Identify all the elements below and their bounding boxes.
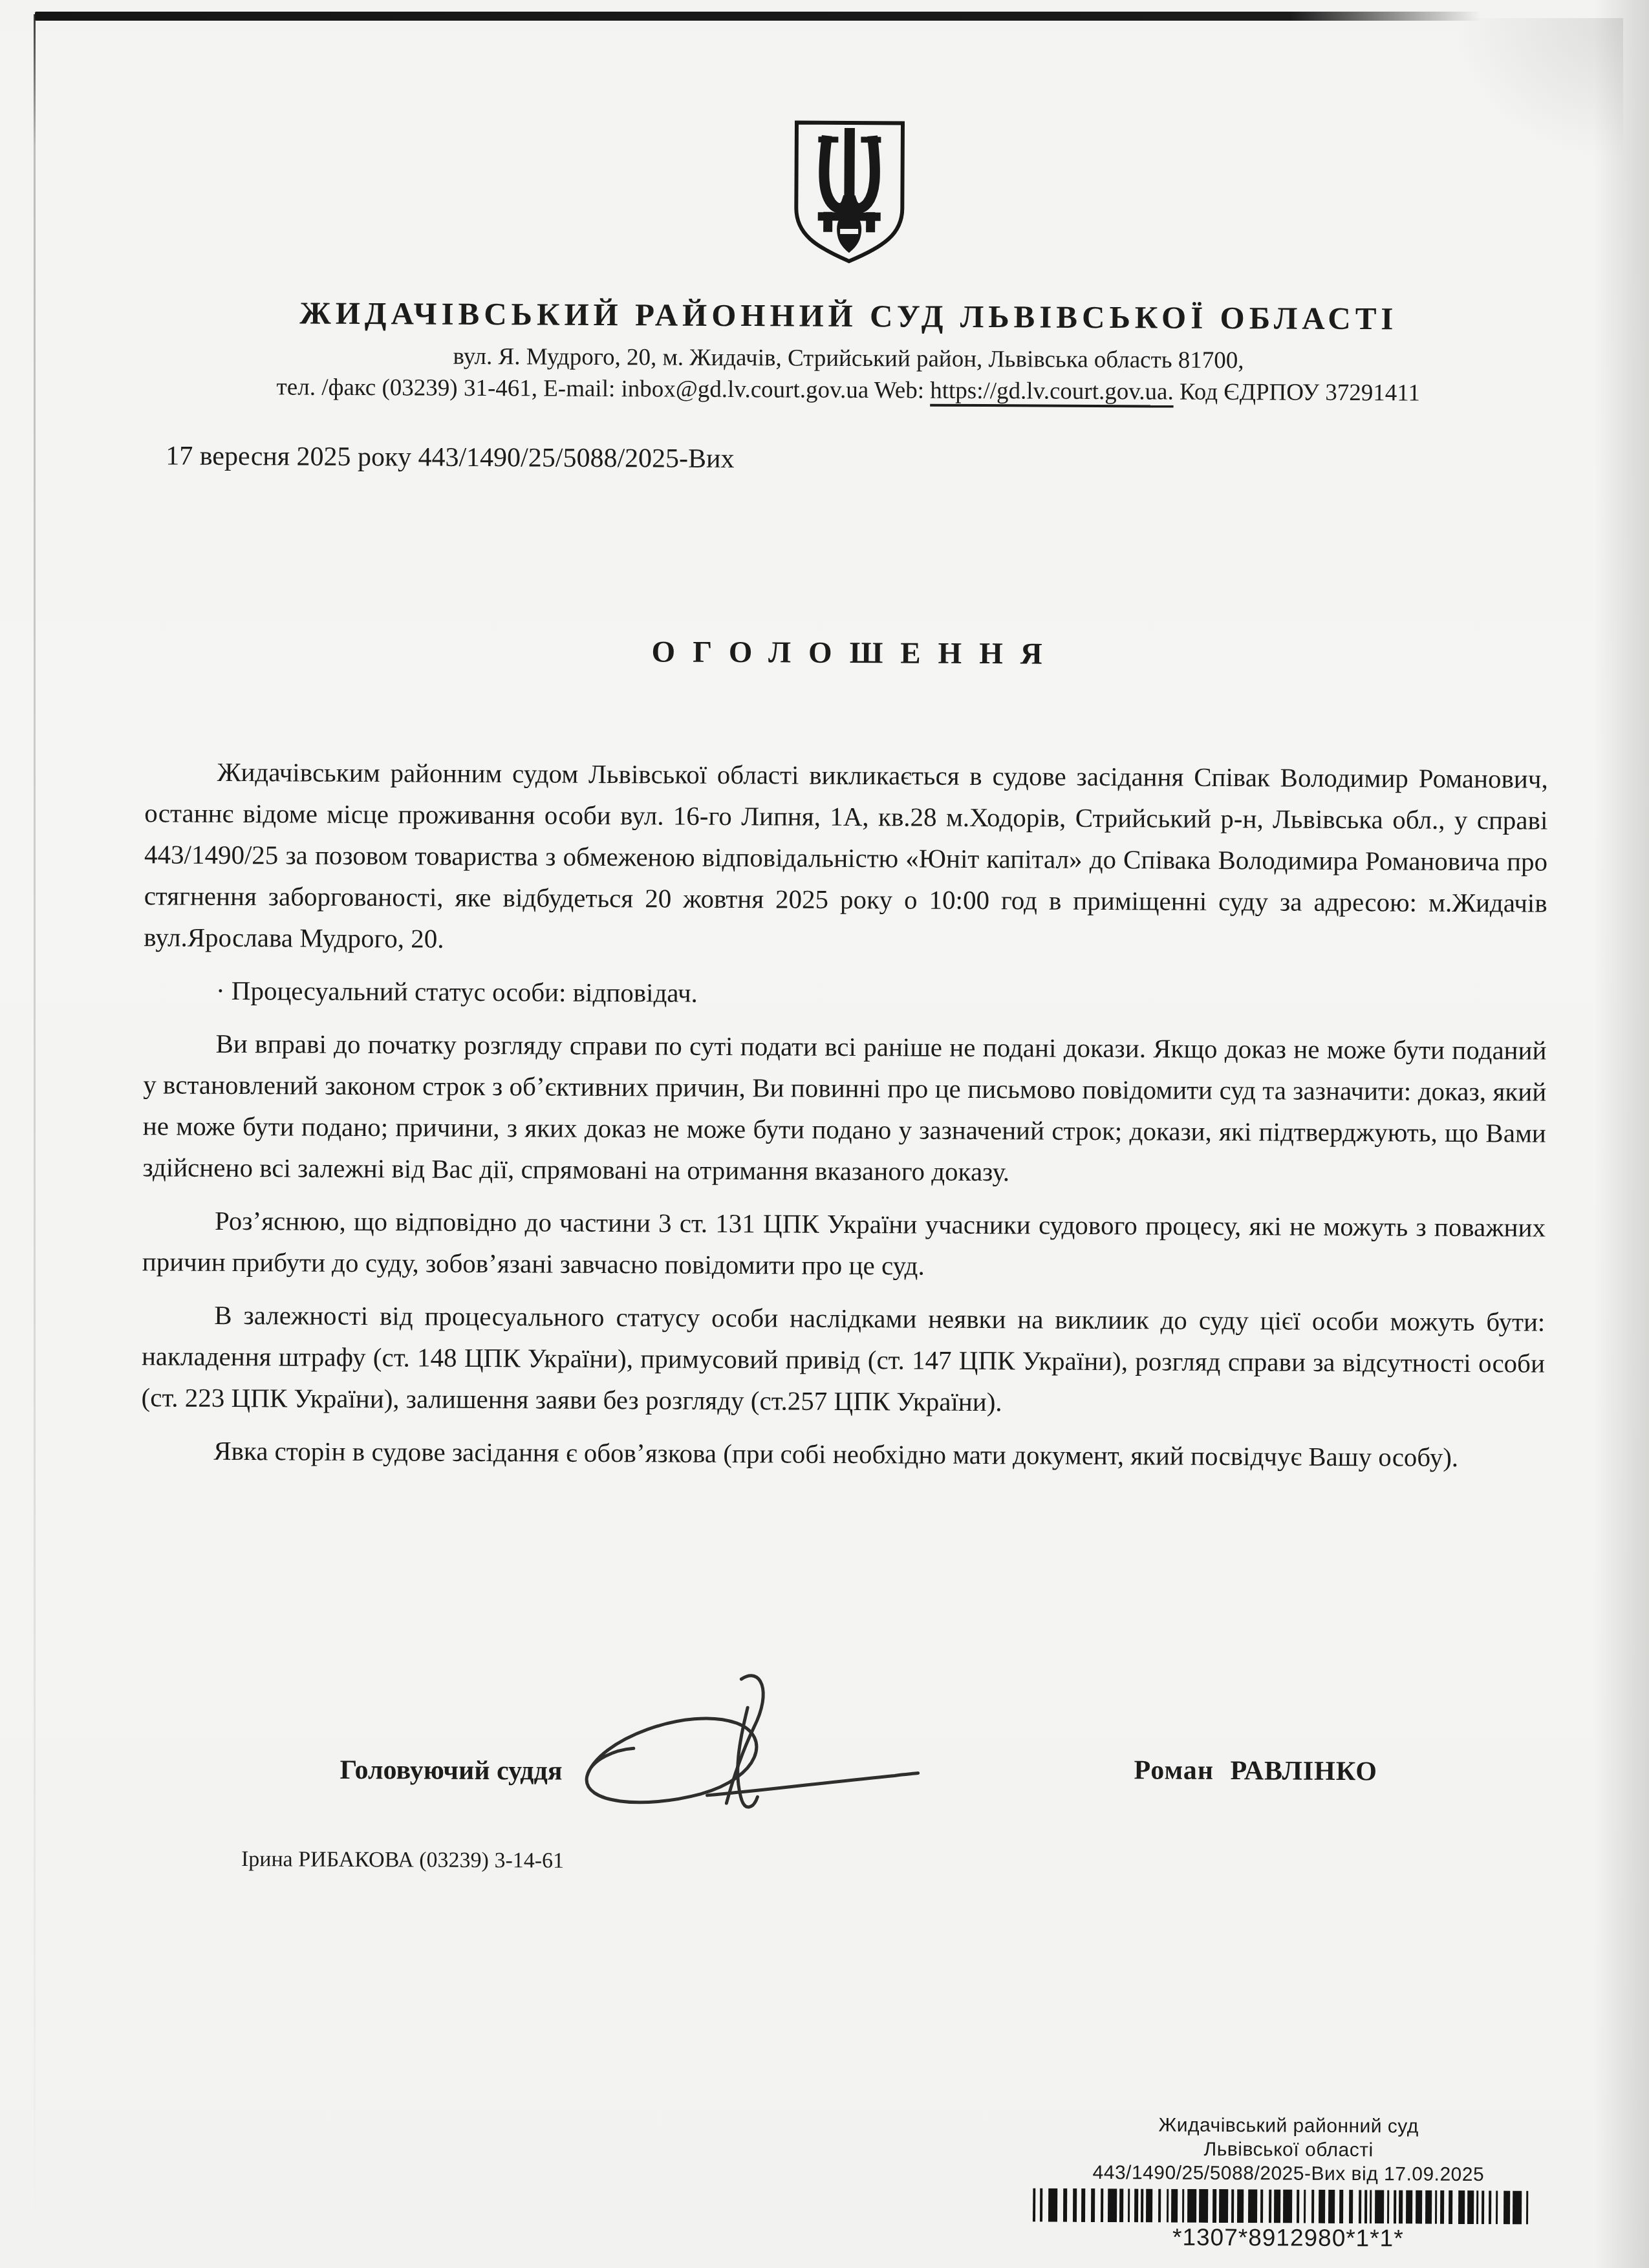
court-name-heading: ЖИДАЧІВСЬКИЙ РАЙОННИЙ СУД ЛЬВІВСЬКОЇ ОБЛ… bbox=[147, 294, 1550, 337]
edrpou-code: Код ЄДРПОУ 37291411 bbox=[1174, 379, 1420, 407]
judge-signature bbox=[571, 1668, 934, 1832]
court-address-line: вул. Я. Мудрого, 20, м. Жидачів, Стрийсь… bbox=[147, 341, 1550, 376]
judge-role-label: Головуючий суддя bbox=[340, 1755, 563, 1787]
court-contact-line: тел. /факс (03239) 31-461, E-mail: inbox… bbox=[147, 372, 1550, 407]
ukraine-trident-emblem bbox=[792, 120, 907, 264]
date-and-reference-number: 17 вересня 2025 року 443/1490/25/5088/20… bbox=[166, 440, 1549, 478]
scan-page-edge-shadow bbox=[1594, 0, 1649, 2268]
paragraph-status: · Процесуальний статус особи: відповідач… bbox=[144, 969, 1547, 1018]
document-body: ЖИДАЧІВСЬКИЙ РАЙОННИЙ СУД ЛЬВІВСЬКОЇ ОБЛ… bbox=[137, 0, 1552, 2268]
paragraph-notice-obligation: Роз’яснюю, що відповідно до частини 3 ст… bbox=[142, 1199, 1546, 1289]
scanned-court-document: ЖИДАЧІВСЬКИЙ РАЙОННИЙ СУД ЛЬВІВСЬКОЇ ОБЛ… bbox=[0, 0, 1649, 2268]
stamp-court-name-line2: Львівської області bbox=[998, 2136, 1580, 2163]
stamp-case-number-line: 443/1490/25/5088/2025-Вих від 17.09.2025 bbox=[997, 2160, 1579, 2187]
scan-edge-left bbox=[34, 14, 36, 2238]
paragraph-evidence-rights: Ви вправі до початку розгляду справи по … bbox=[142, 1022, 1546, 1195]
stamp-court-name-line1: Жидачівський районний суд bbox=[998, 2112, 1580, 2139]
barcode-number: *1307*8912980*1*1* bbox=[997, 2223, 1579, 2253]
barcode bbox=[1033, 2188, 1544, 2225]
document-title: ОГОЛОШЕННЯ bbox=[145, 632, 1549, 674]
web-label: Web: bbox=[868, 377, 930, 403]
court-email: inbox@gd.lv.court.gov.ua bbox=[621, 376, 868, 403]
contact-prefix: тел. /факс (03239) 31-461, E-mail: bbox=[277, 374, 621, 402]
registration-stamp: Жидачівський районний суд Львівської обл… bbox=[997, 2112, 1580, 2253]
judge-name: Роман РАВЛІНКО bbox=[1134, 1755, 1377, 1787]
paragraph-mandatory-appearance: Явка сторін в судове засідання є обов’яз… bbox=[141, 1429, 1544, 1478]
clerk-contact-line: Ірина РИБАКОВА (03239) 3-14-61 bbox=[241, 1847, 564, 1874]
court-website-link: https://gd.lv.court.gov.ua. bbox=[930, 378, 1174, 405]
announcement-text: Жидачівським районним судом Львівської о… bbox=[141, 751, 1548, 1478]
paragraph-summons: Жидачівським районним судом Львівської о… bbox=[144, 751, 1548, 965]
paragraph-nonappearance-consequences: В залежності від процесуального статусу … bbox=[142, 1294, 1546, 1425]
